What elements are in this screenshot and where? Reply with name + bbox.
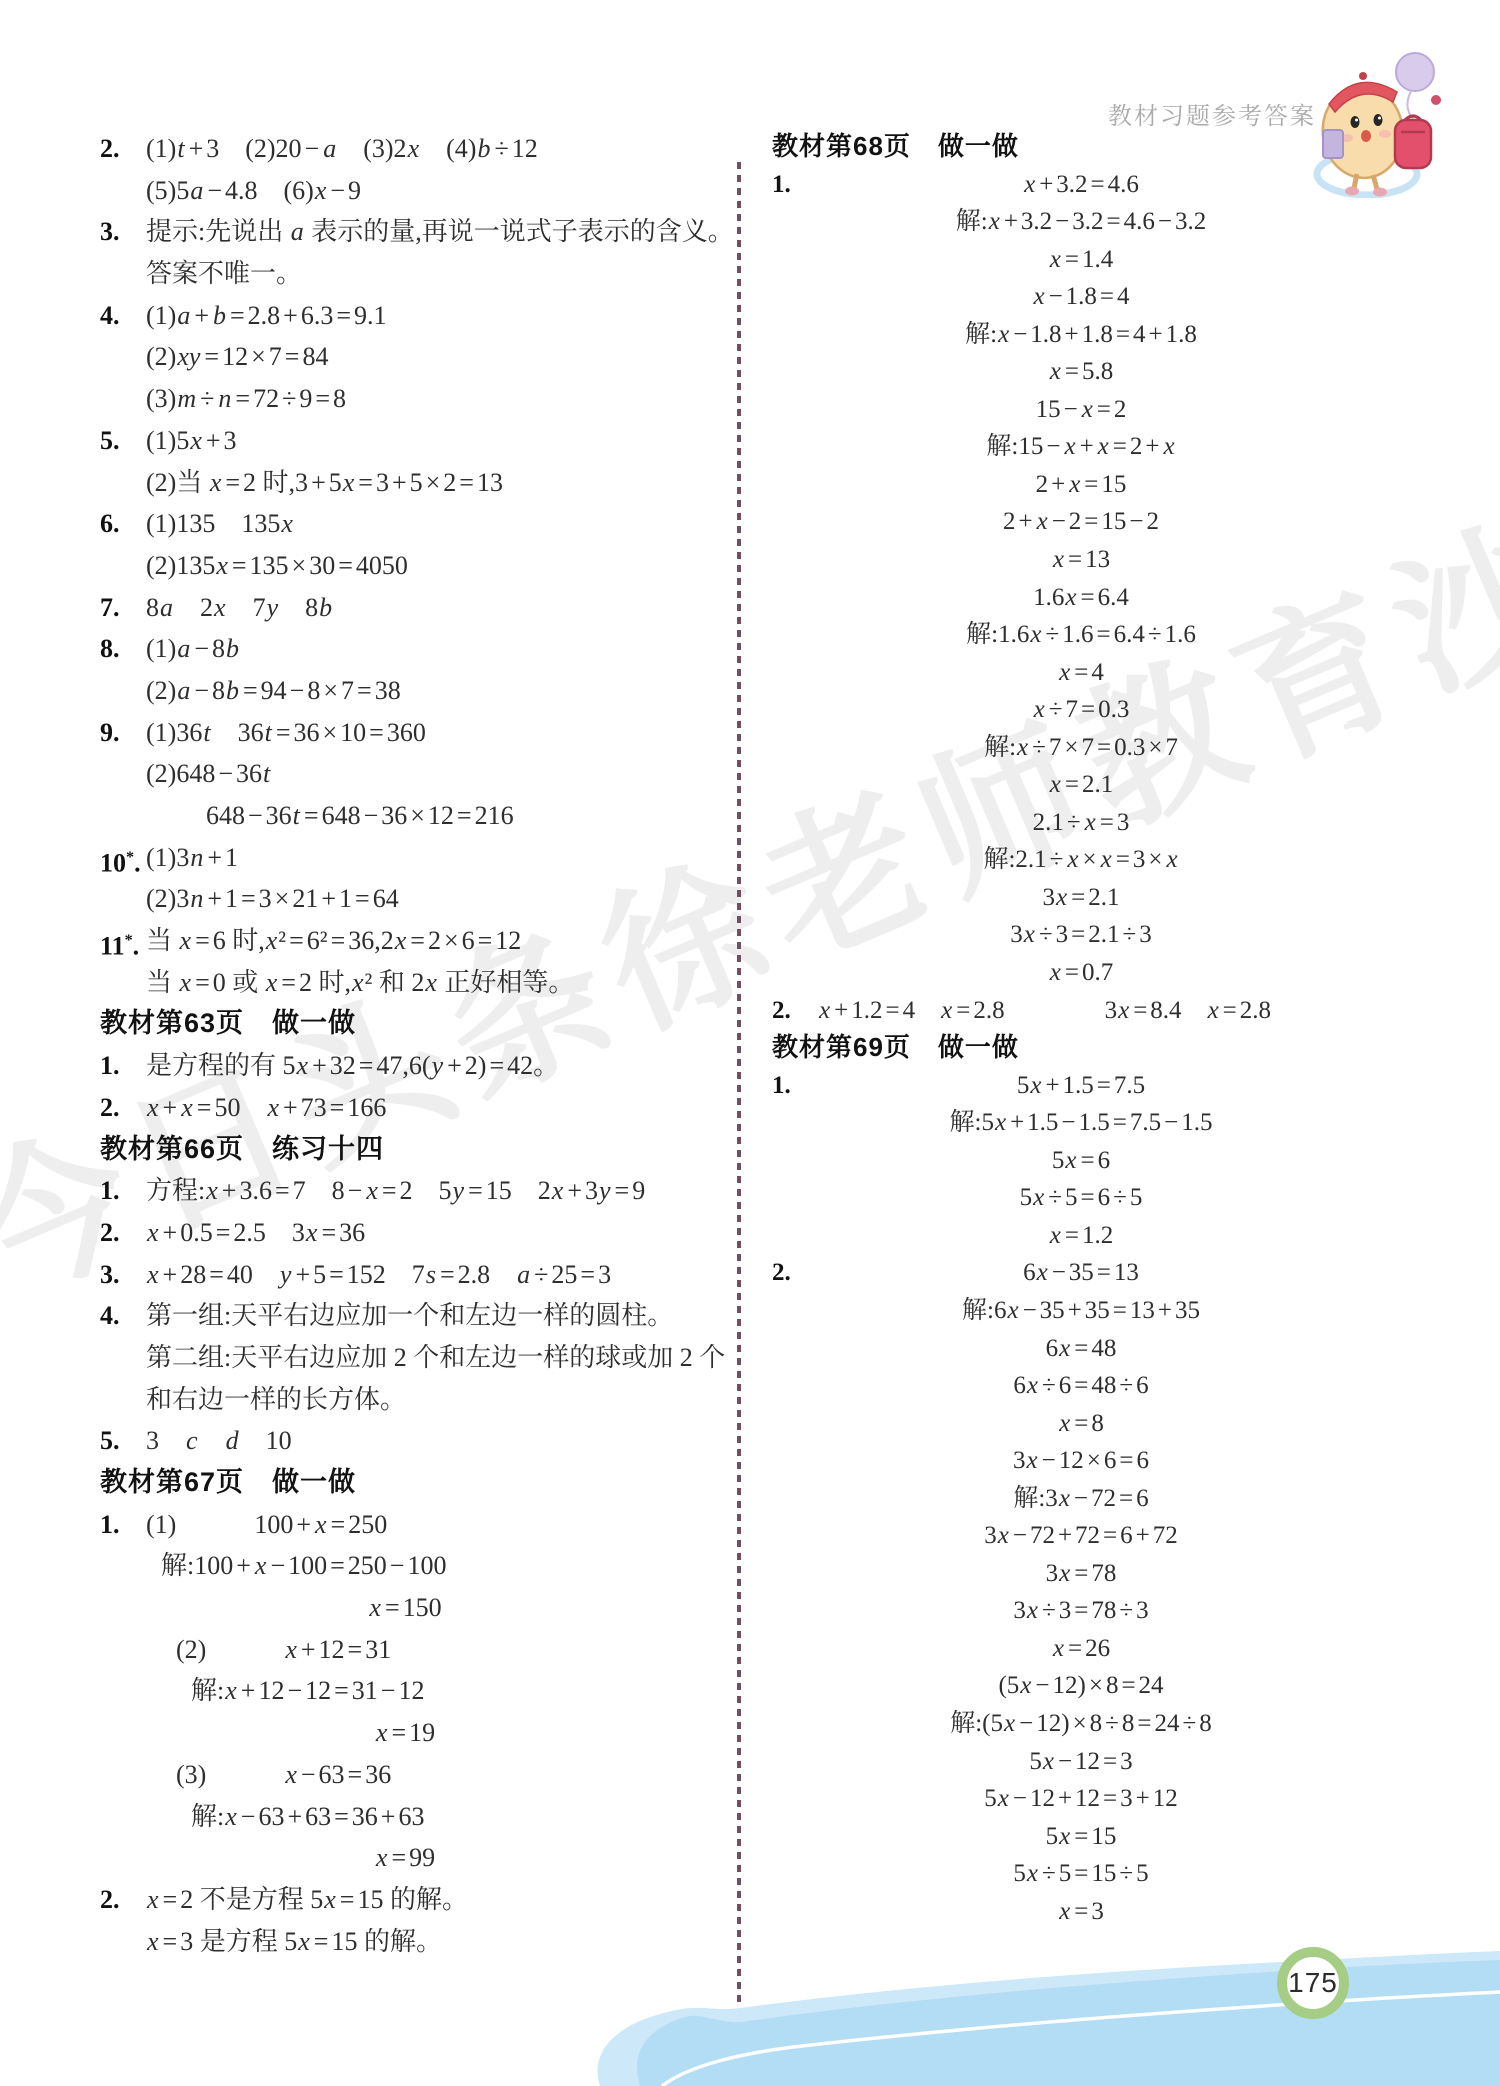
answer-line: 6x=48 [772,1330,1390,1368]
item-number: 1. [100,1045,120,1087]
answer-text: 解:15−x+x=2+x [986,433,1175,460]
answer-line: 3.提示:先说出 a 表示的量,再说一说式子表示的含义。 [100,211,710,253]
section-heading: 教材第66页 练习十四 [100,1129,710,1171]
answer-line: 15−x=2 [772,391,1390,429]
answer-line: (2)135x=135×30=4050 [100,545,710,587]
answer-text: x=5.8 [1049,358,1113,385]
answer-text: 解:x−63+63=36+63 [191,1802,424,1831]
answer-text: x=1.4 [1049,246,1113,273]
answer-line: (2)a−8b=94−8×7=38 [100,670,710,712]
answer-line: 当 x=0 或 x=2 时,x² 和 2x 正好相等。 [100,962,710,1004]
answer-line: 解:x+3.2−3.2=4.6−3.2 [772,203,1390,241]
answer-line: (3)m÷n=72÷9=8 [100,378,710,420]
answer-text: (5)5a−4.8 (6)x−9 [146,176,361,205]
answer-line: 5x−12+12=3+12 [772,1780,1390,1818]
book-icon [1323,130,1343,158]
answer-text: 教材第68页 做一做 [772,131,1019,161]
answer-text: (2)a−8b=94−8×7=38 [146,676,401,705]
answer-line: 5.3 c d 10 [100,1420,710,1462]
answer-text: 2+x=15 [1036,471,1127,498]
balloon-icon [1396,53,1434,91]
answer-line: 3x÷3=78÷3 [772,1592,1390,1630]
answer-line: 10*.(1)3n+1 [100,837,710,879]
answer-line: 6.(1)135 135x [100,503,710,545]
answer-text: x=4 [1058,659,1104,686]
answer-text: 5x÷5=15÷5 [1013,1860,1148,1887]
answer-text: x+3.2=4.6 [1023,171,1139,198]
item-number: 5. [100,1420,120,1462]
answer-line: 5x−12=3 [772,1743,1390,1781]
answer-line: 和右边一样的长方体。 [100,1379,710,1421]
answer-text: 648−36t=648−36×12=216 [206,801,514,830]
answer-line: (5x−12)×8=24 [772,1667,1390,1705]
answer-line: 解:x÷7×7=0.3×7 [772,729,1390,767]
answer-line: 解:x−63+63=36+63 [100,1796,710,1838]
item-number: 3. [100,1254,120,1296]
item-number: 1. [100,1170,120,1212]
answer-text: x=1.2 [1049,1222,1113,1249]
answer-text: 提示:先说出 a 表示的量,再说一说式子表示的含义。 [146,217,734,246]
answer-text: 3x−12×6=6 [1013,1447,1149,1474]
item-number: 6. [100,503,120,545]
answer-text: 解:100+x−100=250−100 [161,1551,446,1580]
item-number: 5. [100,420,120,462]
answer-line: (2)当 x=2 时,3+5x=3+5×2=13 [100,462,710,504]
page-number: 175 [1288,1967,1338,1999]
backpack-icon [1395,120,1431,168]
answer-text: 解:x÷7×7=0.3×7 [984,734,1178,761]
answer-line: x=2.1 [772,766,1390,804]
answer-text: 当 x=6 时,x²=6²=36,2x=2×6=12 [146,926,521,955]
answer-line: 2+x=15 [772,466,1390,504]
answer-line: 3x÷3=2.1÷3 [772,916,1390,954]
answer-line: 解:100+x−100=250−100 [100,1545,710,1587]
answer-text: x=2 不是方程 5x=15 的解。 [146,1885,468,1914]
answer-text: 3x=78 [1046,1560,1117,1587]
answer-line: x=13 [772,541,1390,579]
answer-text: 8a 2x 7y 8b [146,593,333,622]
footer-wave [0,1916,1500,2086]
item-number: 9. [100,712,120,754]
answer-line: x=4 [772,654,1390,692]
answer-text: x=8 [1058,1410,1104,1437]
answer-text: 5x+1.5=7.5 [1017,1072,1145,1099]
answer-text: 3x=2.1 [1043,884,1120,911]
answer-line: (5)5a−4.8 (6)x−9 [100,170,710,212]
answer-line: 2.6x−35=13 [772,1254,1390,1292]
answer-text: (3) x−63=36 [176,1760,391,1789]
answer-text: x=150 [368,1593,441,1622]
answer-text: 2.1÷x=3 [1033,809,1130,836]
answer-text: 3x−72+72=6+72 [984,1522,1178,1549]
answer-text: (2)3n+1=3×21+1=64 [146,884,399,913]
answer-text: 解:6x−35+35=13+35 [962,1297,1200,1324]
item-number: 2. [100,128,120,170]
answer-text: 3x÷3=78÷3 [1013,1597,1148,1624]
answer-line: 第二组:天平右边应加 2 个和左边一样的球或加 2 个 [100,1337,710,1379]
answer-line: (3) x−63=36 [100,1754,710,1796]
answer-line: 2.(1)t+3 (2)20−a (3)2x (4)b÷12 [100,128,710,170]
answer-text: (2)xy=12×7=84 [146,342,328,371]
answer-line: 4.第一组:天平右边应加一个和左边一样的圆柱。 [100,1295,710,1337]
answer-line: 5x÷5=6÷5 [772,1179,1390,1217]
answer-text: x=0.7 [1049,959,1113,986]
answer-line: (2)3n+1=3×21+1=64 [100,878,710,920]
answer-line: 1.方程:x+3.6=7 8−x=2 5y=15 2x+3y=9 [100,1170,710,1212]
item-number: 2. [772,1254,791,1292]
answer-text: 3x÷3=2.1÷3 [1010,921,1151,948]
answer-text: (1)a−8b [146,634,240,663]
answer-line: 2.x+x=50 x+73=166 [100,1087,710,1129]
answer-line: (2) x+12=31 [100,1629,710,1671]
answer-text: 答案不唯一。 [146,259,302,288]
answer-text: 6x÷6=48÷6 [1013,1372,1148,1399]
answer-line: x=1.4 [772,241,1390,279]
answer-line: 解:1.6x÷1.6=6.4÷1.6 [772,616,1390,654]
page-number-badge: 175 [1277,1947,1349,2019]
section-heading: 教材第68页 做一做 [772,128,1390,166]
answer-line: 6x÷6=48÷6 [772,1367,1390,1405]
answer-line: 解:15−x+x=2+x [772,428,1390,466]
answer-line: x=0.7 [772,954,1390,992]
item-number: 1. [772,1067,791,1105]
answer-text: x=99 [375,1843,435,1872]
answer-text: (2)当 x=2 时,3+5x=3+5×2=13 [146,468,503,497]
answer-line: 8.(1)a−8b [100,628,710,670]
item-number: 7. [100,587,120,629]
answer-text: (1)135 135x [146,509,294,538]
item-number: 4. [100,295,120,337]
item-number: 2. [100,1212,120,1254]
answer-text: (1)a+b=2.8+6.3=9.1 [146,301,387,330]
answer-line: 解:(5x−12)×8÷8=24÷8 [772,1705,1390,1743]
answer-line: x=26 [772,1630,1390,1668]
answer-text: 解:(5x−12)×8÷8=24÷8 [950,1710,1212,1737]
answer-line: 解:6x−35+35=13+35 [772,1292,1390,1330]
answer-line: 1.(1) 100+x=250 [100,1504,710,1546]
answer-text: x+x=50 x+73=166 [146,1093,386,1122]
answer-text: 解:3x−72=6 [1013,1485,1148,1512]
answer-text: x+0.5=2.5 3x=36 [146,1218,365,1247]
answer-line: 1.6x=6.4 [772,579,1390,617]
answer-text: 教材第67页 做一做 [100,1467,356,1497]
answer-line: 2.x+1.2=4 x=2.8 3x=8.4 x=2.8 [772,992,1390,1030]
answer-text: 5x−12=3 [1029,1748,1132,1775]
section-heading: 教材第69页 做一做 [772,1029,1390,1067]
item-number: 1. [100,1504,120,1546]
answer-line: 2+x−2=15−2 [772,503,1390,541]
answer-text: 和右边一样的长方体。 [146,1385,406,1414]
answer-text: 5x=6 [1052,1147,1110,1174]
answer-text: x=2.1 [1049,771,1113,798]
answer-text: x+1.2=4 x=2.8 3x=8.4 x=2.8 [818,997,1271,1024]
answer-text: 解:x+3.2−3.2=4.6−3.2 [956,208,1207,235]
item-number: 10*. [100,837,141,884]
answer-text: 解:x−1.8+1.8=4+1.8 [965,321,1197,348]
page-header-title: 教材习题参考答案 [1108,96,1316,131]
answer-line: 3x−12×6=6 [772,1442,1390,1480]
answer-text: x=26 [1052,1635,1110,1662]
answer-text: 解:1.6x÷1.6=6.4÷1.6 [966,621,1196,648]
answer-text: (1) 100+x=250 [146,1510,387,1539]
answer-text: (1)36t 36t=36×10=360 [146,718,426,747]
answer-line: 解:3x−72=6 [772,1480,1390,1518]
answer-line: 答案不唯一。 [100,253,710,295]
answer-line: 3x−72+72=6+72 [772,1517,1390,1555]
answer-line: 7.8a 2x 7y 8b [100,587,710,629]
answer-line: 1.x+3.2=4.6 [772,166,1390,204]
item-number: 4. [100,1295,120,1337]
section-heading: 教材第67页 做一做 [100,1462,710,1504]
answer-text: 解:5x+1.5−1.5=7.5−1.5 [950,1109,1213,1136]
workbook-page: 今日头条徐老师教育沙龙 教材习题参考答案 [0,0,1500,2086]
answer-text: x+28=40 y+5=152 7s=2.8 a÷25=3 [146,1260,611,1289]
answer-text: x÷7=0.3 [1033,696,1130,723]
answer-text: (1)5x+3 [146,426,237,455]
item-number: 8. [100,628,120,670]
answer-text: 方程:x+3.6=7 8−x=2 5y=15 2x+3y=9 [146,1176,645,1205]
answers-column-left: 2.(1)t+3 (2)20−a (3)2x (4)b÷12(5)5a−4.8 … [100,128,710,1962]
answer-line: x−1.8=4 [772,278,1390,316]
answer-line: 648−36t=648−36×12=216 [100,795,710,837]
answer-text: 教材第69页 做一做 [772,1032,1019,1062]
answer-line: 9.(1)36t 36t=36×10=360 [100,712,710,754]
item-number: 11*. [100,920,139,967]
answer-text: (2)135x=135×30=4050 [146,551,408,580]
item-number: 2. [772,992,791,1030]
answer-line: x÷7=0.3 [772,691,1390,729]
item-number: 3. [100,211,120,253]
answer-line: 解:x−1.8+1.8=4+1.8 [772,316,1390,354]
answer-text: (2) x+12=31 [176,1635,391,1664]
mascot-illustration [1305,46,1450,198]
answer-line: x=150 [100,1587,710,1629]
answer-line: x=1.2 [772,1217,1390,1255]
answer-text: 2+x−2=15−2 [1003,508,1159,535]
answer-text: 是方程的有 5x+32=47,6(y+2)=42。 [146,1051,559,1080]
answer-line: 2.1÷x=3 [772,804,1390,842]
answer-line: x=8 [772,1405,1390,1443]
answer-text: 解:x+12−12=31−12 [191,1676,424,1705]
answer-text: (1)t+3 (2)20−a (3)2x (4)b÷12 [146,134,538,163]
answer-text: 教材第63页 做一做 [100,1008,356,1038]
answer-line: 5x=15 [772,1818,1390,1856]
item-number: 2. [100,1879,120,1921]
section-heading: 教材第63页 做一做 [100,1003,710,1045]
answer-text: 15−x=2 [1036,396,1127,423]
answer-text: 第一组:天平右边应加一个和左边一样的圆柱。 [146,1301,673,1330]
answer-line: 解:5x+1.5−1.5=7.5−1.5 [772,1104,1390,1142]
answer-text: (2)648−36t [146,759,271,788]
answer-text: 第二组:天平右边应加 2 个和左边一样的球或加 2 个 [146,1343,725,1372]
column-divider [737,162,741,2002]
answer-text: 6x=48 [1046,1335,1117,1362]
answer-line: 4.(1)a+b=2.8+6.3=9.1 [100,295,710,337]
answer-text: (5x−12)×8=24 [998,1672,1163,1699]
answer-line: (2)xy=12×7=84 [100,336,710,378]
answer-text: 3 c d 10 [146,1426,292,1455]
answer-line: (2)648−36t [100,753,710,795]
answer-line: 5.(1)5x+3 [100,420,710,462]
answer-line: 2.x=2 不是方程 5x=15 的解。 [100,1879,710,1921]
answer-text: 5x÷5=6÷5 [1020,1184,1143,1211]
answer-line: 解:2.1÷x×x=3×x [772,841,1390,879]
item-number: 2. [100,1087,120,1129]
answer-text: (1)3n+1 [146,843,238,872]
answer-line: x=19 [100,1712,710,1754]
answer-line: 3x=78 [772,1555,1390,1593]
answer-line: 1.是方程的有 5x+32=47,6(y+2)=42。 [100,1045,710,1087]
answer-line: 5x=6 [772,1142,1390,1180]
answer-line: 11*.当 x=6 时,x²=6²=36,2x=2×6=12 [100,920,710,962]
answer-text: 5x=15 [1046,1823,1117,1850]
answer-text: 教材第66页 练习十四 [100,1134,384,1164]
answer-text: (3)m÷n=72÷9=8 [146,384,346,413]
answer-line: 2.x+0.5=2.5 3x=36 [100,1212,710,1254]
answer-text: x=19 [375,1718,435,1747]
answer-text: 解:2.1÷x×x=3×x [983,846,1178,873]
answer-text: x−1.8=4 [1032,283,1129,310]
answer-line: x=99 [100,1837,710,1879]
answer-line: 1.5x+1.5=7.5 [772,1067,1390,1105]
answer-text: x=13 [1052,546,1110,573]
answer-text: 6x−35=13 [1023,1259,1139,1286]
answer-line: 5x÷5=15÷5 [772,1855,1390,1893]
answer-text: 当 x=0 或 x=2 时,x² 和 2x 正好相等。 [146,968,574,997]
item-number: 1. [772,166,791,204]
answers-column-right: 教材第68页 做一做1.x+3.2=4.6解:x+3.2−3.2=4.6−3.2… [772,128,1390,1930]
answer-text: 5x−12+12=3+12 [984,1785,1178,1812]
answer-line: 3.x+28=40 y+5=152 7s=2.8 a÷25=3 [100,1254,710,1296]
answer-line: 解:x+12−12=31−12 [100,1670,710,1712]
answer-line: x=5.8 [772,353,1390,391]
answer-text: 1.6x=6.4 [1033,584,1129,611]
answer-line: 3x=2.1 [772,879,1390,917]
